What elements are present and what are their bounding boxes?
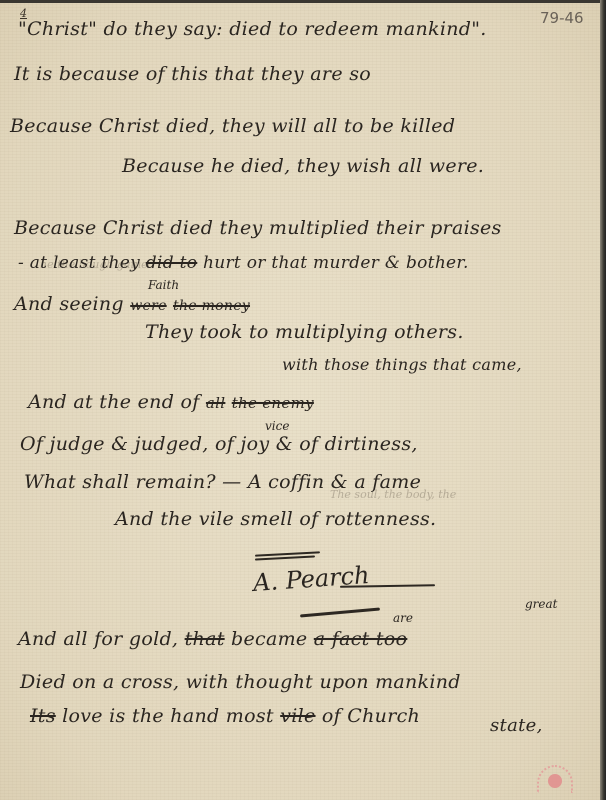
line-7-text: And seeing [14, 293, 124, 315]
struck-text: Its [30, 705, 56, 727]
line-6-text-b: hurt or that murder & bother. [203, 253, 469, 273]
line-12: What shall remain? — A coffin & a fame [24, 471, 421, 493]
scan-right-border [600, 0, 606, 800]
inserted-word: vice [265, 419, 289, 433]
line-10: And at the end of all the enemy [28, 391, 314, 413]
line-5: Because Christ died they multiplied thei… [14, 217, 502, 239]
line-11-text-b: joy & of dirtiness, [240, 433, 417, 455]
struck-text: did to [146, 253, 197, 273]
inserted-word: great [525, 597, 558, 611]
inserted-word: Faith [148, 278, 179, 292]
struck-text: the enemy [232, 394, 314, 412]
struck-text: were [130, 298, 166, 314]
line-1: "Christ" do they say: died to redeem man… [18, 18, 487, 40]
line-11: Of judge & judged, of joy & of dirtiness… [20, 433, 418, 455]
line-13: And the vile smell of rottenness. [115, 508, 436, 530]
struck-text: the money [173, 298, 250, 314]
line-8: They took to multiplying others. [145, 321, 464, 343]
struck-text: that [185, 628, 225, 650]
line-14-text-b: became [231, 628, 307, 650]
line-14-text: And all for gold, [18, 628, 178, 650]
line-6-text: - at least they [18, 253, 140, 273]
line-14: And all for gold, that became a fact too [18, 628, 407, 650]
signature-block: A. Pearch [250, 543, 430, 613]
struck-text: vile [280, 705, 315, 727]
signature: A. Pearch [252, 561, 370, 597]
line-16-text-b: of Church [322, 705, 420, 727]
struck-text: a fact too [314, 628, 408, 650]
manuscript-page: 4 79-46 he the bough gained The soul, th… [0, 3, 600, 800]
library-stamp [537, 765, 573, 793]
line-15: Died on a cross, with thought upon manki… [20, 671, 461, 693]
line-7: And seeing were the money [14, 293, 250, 315]
inserted-word: are [393, 611, 413, 625]
line-4: Because he died, they wish all were. [122, 155, 484, 177]
line-16-text: love is the hand most [62, 705, 274, 727]
archive-number: 79-46 [540, 9, 584, 27]
line-3: Because Christ died, they will all to be… [10, 115, 455, 137]
signature-underline [300, 608, 380, 618]
struck-text: all [206, 394, 225, 412]
line-9-insert: with those things that came, [282, 355, 522, 374]
stamp-seal-icon [548, 774, 562, 788]
line-2: It is because of this that they are so [14, 63, 371, 85]
line-6: - at least they did to hurt or that murd… [18, 253, 469, 273]
line-16-end: state, [490, 715, 543, 736]
line-16: Its love is the hand most vile of Church [30, 705, 420, 727]
line-10-text: And at the end of [28, 391, 200, 413]
line-11-text: Of judge & judged, of [20, 433, 234, 455]
signature-flourish [340, 584, 435, 588]
